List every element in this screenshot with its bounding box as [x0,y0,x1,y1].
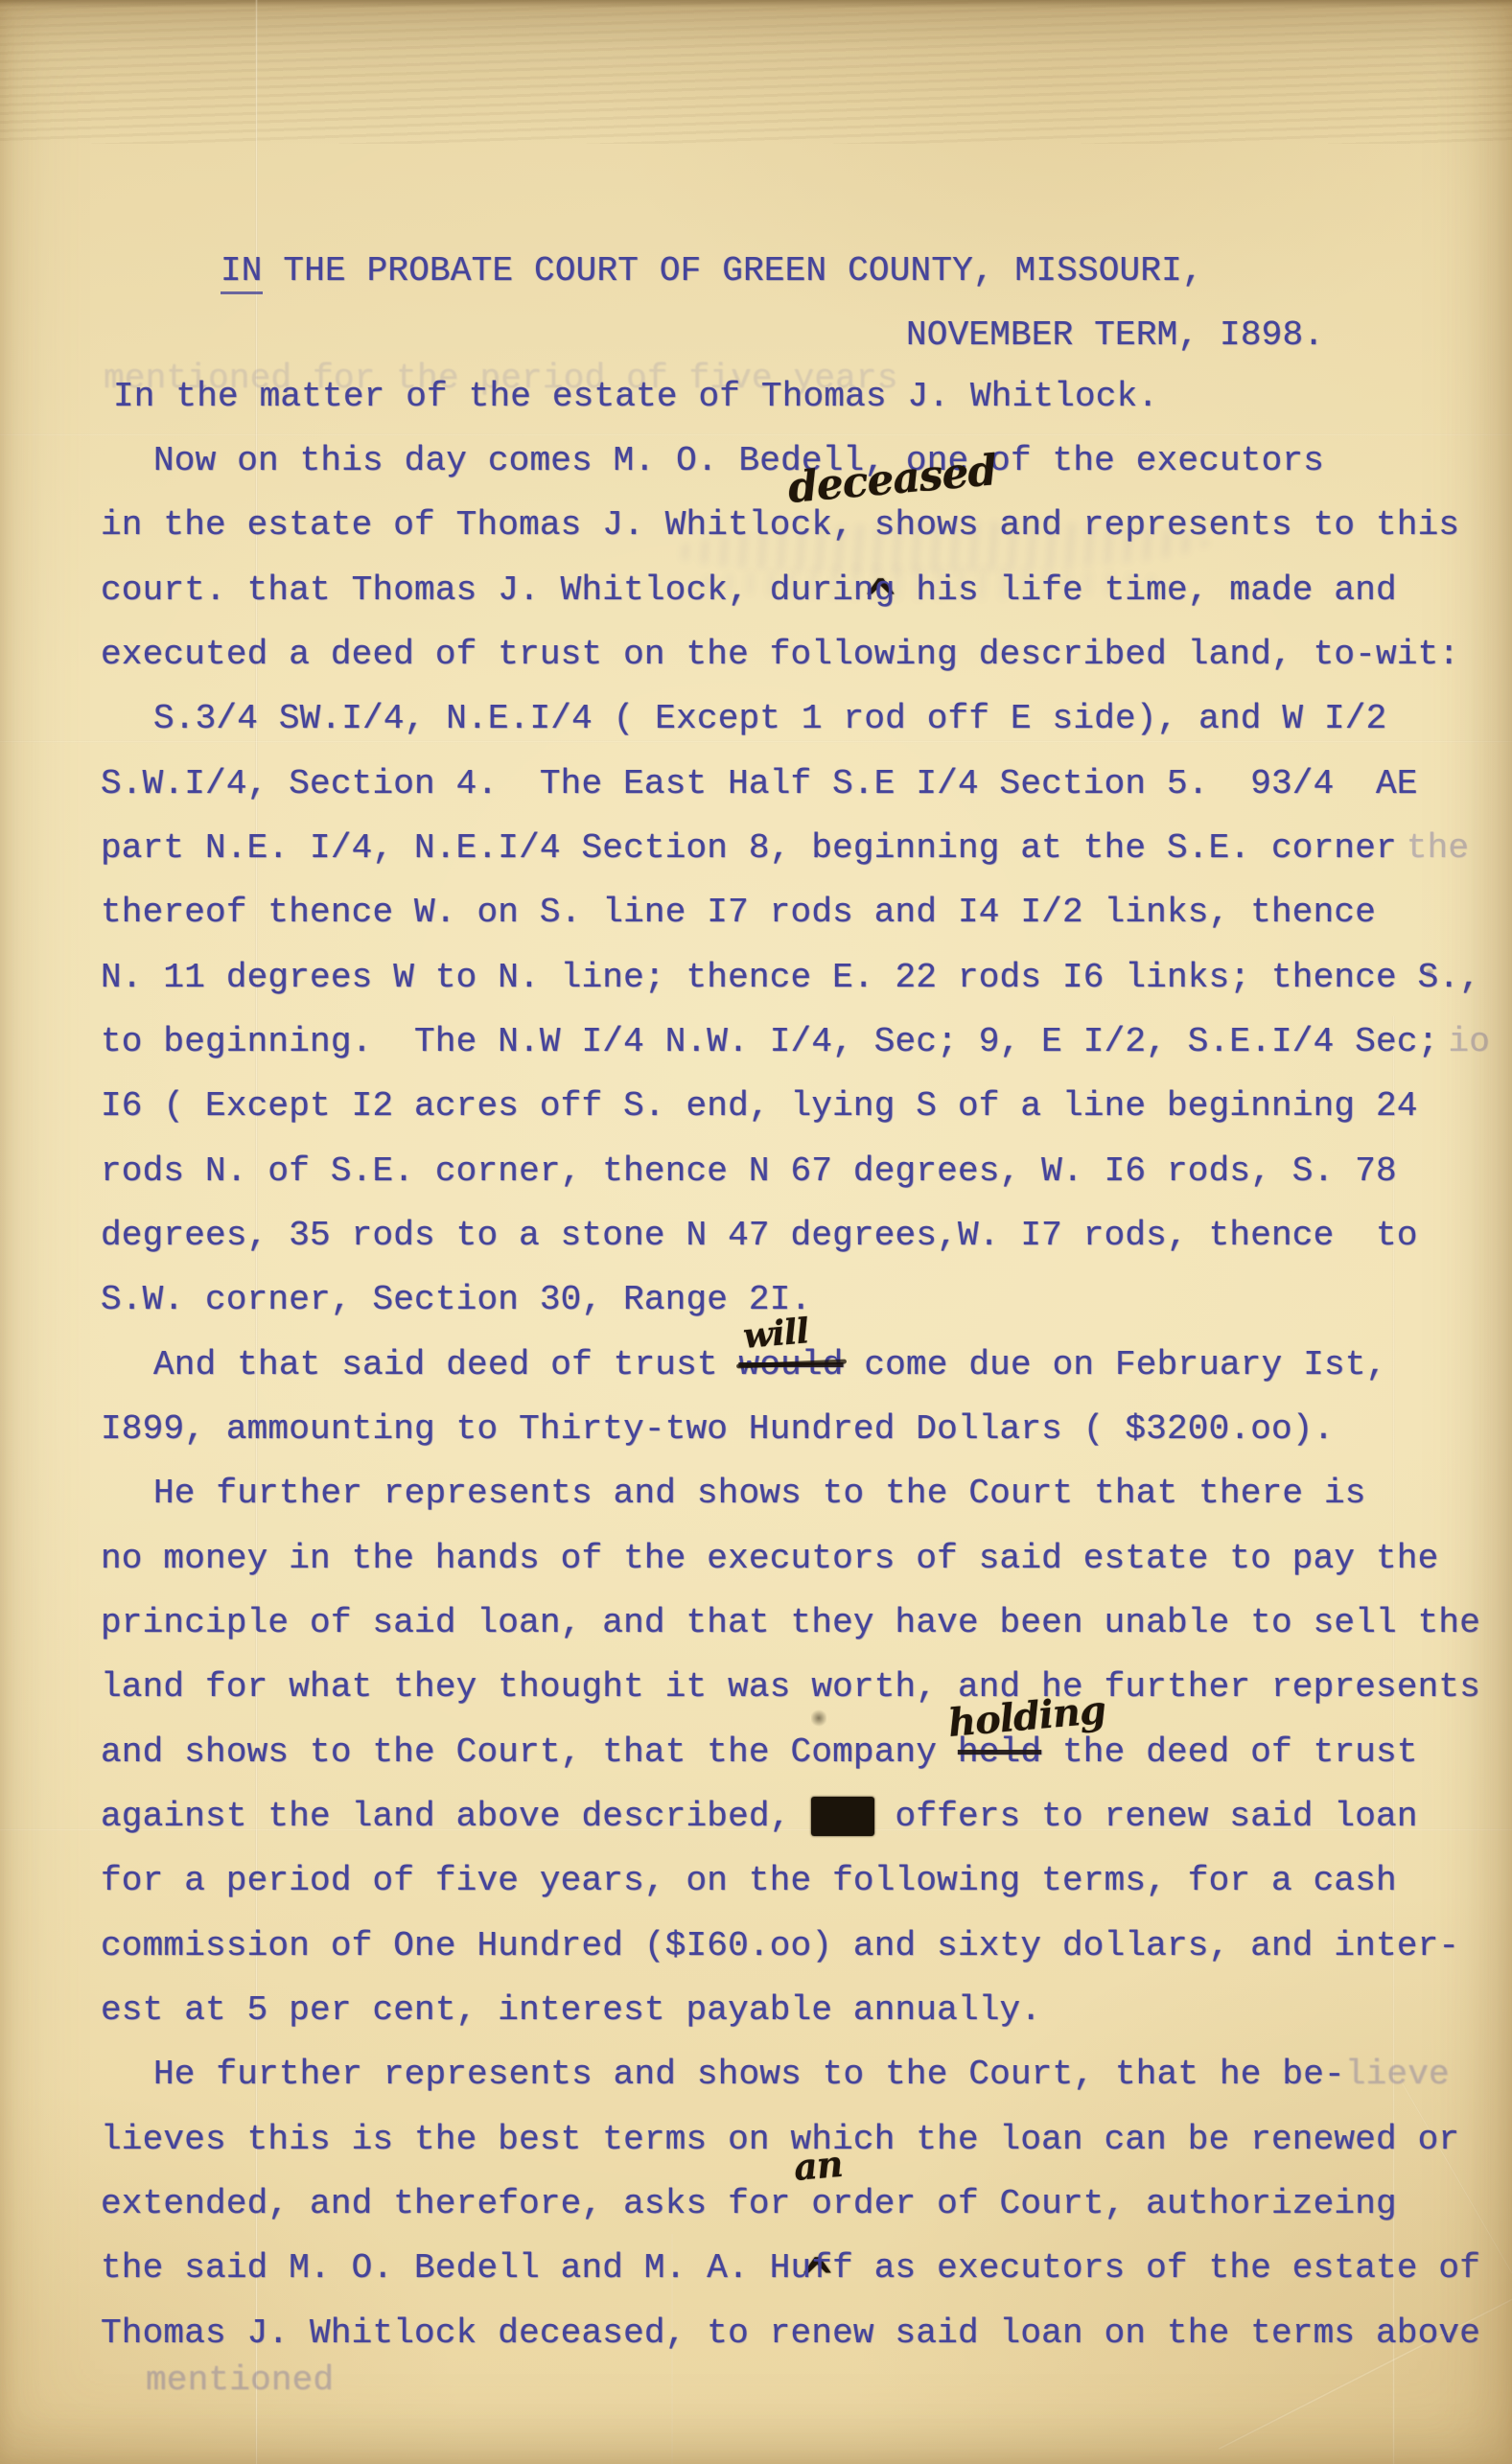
typed-line: S.3/4 SW.I/4, N.E.I/4 ( Except 1 rod off… [153,699,1386,739]
typed-line: for a period of five years, on the follo… [101,1861,1397,1901]
typed-line: He further represents and shows to the C… [153,1474,1366,1514]
typed-line: executed a deed of trust on the followin… [101,635,1459,675]
diagonal-wrinkle [1219,2261,1512,2451]
typed-line: land for what they thought it was worth,… [101,1667,1480,1708]
typed-line: part N.E. I/4, N.E.I/4 Section 8, beginn… [101,828,1469,869]
heading-text: THE PROBATE COURT OF GREEN COUNTY, MISSO… [263,251,1203,291]
typed-line: Now on this day comes M. O. Bedell, one … [153,441,1324,481]
document-page: IN THE PROBATE COURT OF GREEN COUNTY, MI… [0,0,1512,2464]
aged-paper-top-band [0,0,1512,144]
typed-line-with-correction: and shows to the Court, that the Company… [101,1732,1418,1773]
typed-line: N. 11 degrees W to N. line; thence E. 22… [101,958,1480,998]
horizontal-fold-crease [0,433,1512,436]
faded-ghost-text: lieve [1345,2055,1450,2094]
term-line: NOVEMBER TERM, I898. [906,315,1324,356]
typed-line: court. that Thomas J. Whitlock, during h… [101,570,1397,611]
typed-line: commission of One Hundred ($I60.oo) and … [101,1926,1459,1966]
inked-out-word: and [811,1797,873,1836]
typed-line: He further represents and shows to the C… [153,2055,1450,2095]
typed-line: principle of said loan, and that they ha… [101,1603,1480,1643]
typed-line: S.W. corner, Section 30, Range 2I. [101,1280,811,1320]
typed-line: I6 ( Except I2 acres off S. end, lying S… [101,1086,1418,1127]
typed-line: no money in the hands of the executors o… [101,1539,1438,1579]
typed-line: rods N. of S.E. corner, thence N 67 degr… [101,1151,1397,1192]
corrected-word-wrap: holdingheld [958,1732,1041,1773]
heading-underlined-word: IN [221,251,263,294]
faded-ghost-text: io [1448,1022,1490,1061]
typed-line: degrees, 35 rods to a stone N 47 degrees… [101,1216,1418,1256]
ink-speck [811,1709,826,1728]
handwritten-annotation-an: an [793,2144,845,2188]
typed-line: Thomas J. Whitlock deceased, to renew sa… [101,2313,1480,2354]
typed-line: est at 5 per cent, interest payable annu… [101,1990,1041,2031]
typed-line: thereof thence W. on S. line I7 rods and… [101,893,1376,933]
typed-line: the said M. O. Bedell and M. A. Huff as … [101,2248,1480,2289]
typed-line-with-insertion: in the estate of Thomas J. Whitlock, dec… [101,505,1459,546]
typed-line: lieves this is the best terms on which t… [101,2120,1459,2160]
typed-line-with-redaction: against the land above described, and of… [101,1797,1418,1837]
typed-line: to beginning. The N.W I/4 N.W. I/4, Sec;… [101,1022,1490,1062]
horizontal-fold-crease [0,740,1512,743]
struck-word: would [739,1345,844,1384]
typed-line-with-correction: And that said deed of trust willwould co… [153,1345,1386,1385]
faded-ghost-text: the [1407,828,1469,868]
typed-line: S.W.I/4, Section 4. The East Half S.E I/… [101,764,1418,804]
typed-line-with-insertion: extended, and therefore, asks for an^ord… [101,2184,1397,2224]
bleedthrough-text-line: mentioned [146,2360,334,2401]
case-caption: In the matter of the estate of Thomas J.… [113,377,1158,417]
paper-top-edge [0,0,1512,8]
corrected-word-wrap: willwould [739,1345,844,1385]
struck-word: held [958,1732,1041,1772]
court-heading: IN THE PROBATE COURT OF GREEN COUNTY, MI… [221,251,1203,291]
typed-line: I899, ammounting to Thirty-two Hundred D… [101,1409,1334,1450]
